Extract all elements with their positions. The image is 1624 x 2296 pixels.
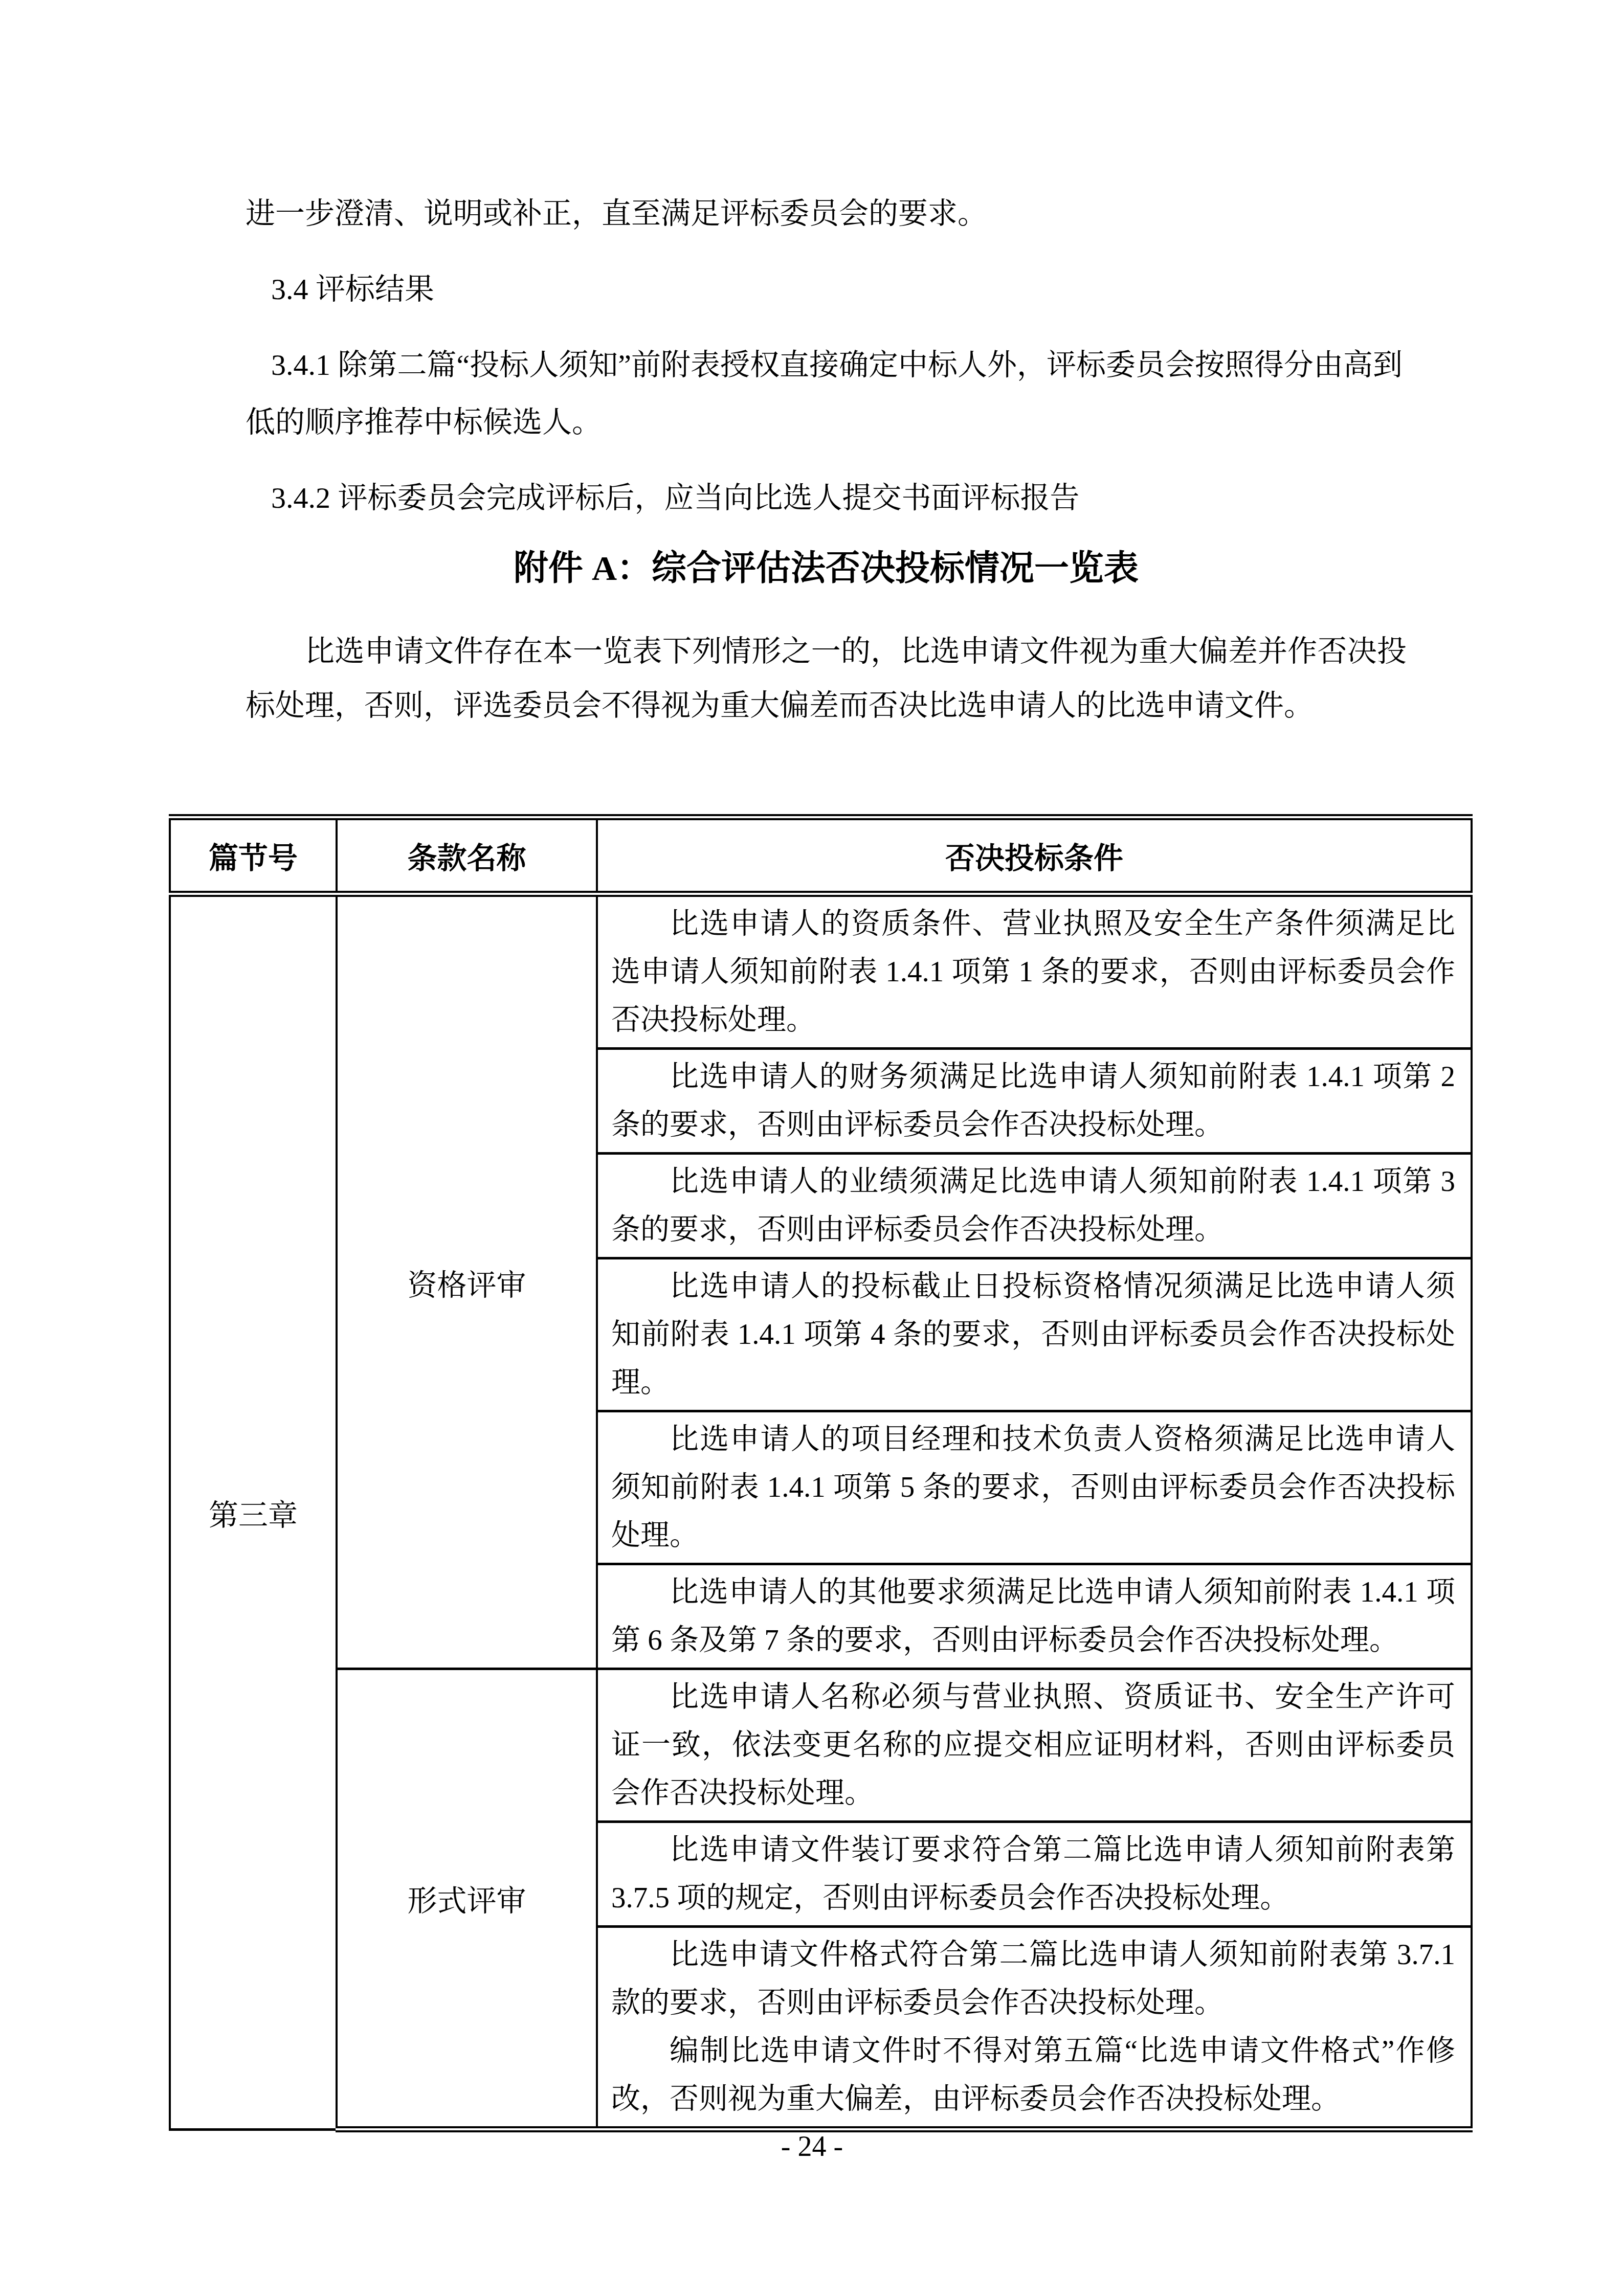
document-page: 进一步澄清、说明或补正，直至满足评标委员会的要求。 3.4 评标结果 3.4.1…: [0, 0, 1624, 2296]
paragraph-continuation: 进一步澄清、说明或补正，直至满足评标委员会的要求。: [246, 185, 1407, 242]
condition-cell-9: 比选申请文件格式符合第二篇比选申请人须知前附表第 3.7.1 款的要求，否则由评…: [597, 1927, 1472, 2130]
page-number: - 24 -: [0, 2131, 1624, 2162]
condition-cell-4: 比选申请人的投标截止日投标资格情况须满足比选申请人须知前附表 1.4.1 项第 …: [597, 1258, 1472, 1411]
attachment-intro: 比选申请文件存在本一览表下列情形之一的，比选申请文件视为重大偏差并作否决投标处理…: [246, 624, 1407, 733]
table-header-row: 篇节号 条款名称 否决投标条件: [170, 817, 1472, 894]
attachment-title: 附件 A：综合评估法否决投标情况一览表: [246, 545, 1407, 591]
body-text-block: 进一步澄清、说明或补正，直至满足评标委员会的要求。 3.4 评标结果 3.4.1…: [246, 185, 1407, 733]
header-clause-name: 条款名称: [337, 817, 597, 894]
header-chapter-number: 篇节号: [170, 817, 337, 894]
header-rejection-condition: 否决投标条件: [597, 817, 1472, 894]
condition-cell-9-paragraph-1: 比选申请文件格式符合第二篇比选申请人须知前附表第 3.7.1 款的要求，否则由评…: [611, 1931, 1455, 2027]
group-label-qualification: 资格评审: [337, 894, 597, 1669]
condition-cell-1: 比选申请人的资质条件、营业执照及安全生产条件须满足比选申请人须知前附表 1.4.…: [597, 894, 1472, 1049]
paragraph-3-4-1: 3.4.1 除第二篇“投标人须知”前附表授权直接确定中标人外，评标委员会按照得分…: [246, 336, 1407, 451]
rejection-conditions-table: 篇节号 条款名称 否决投标条件 第三章 资格评审 比选申请人的资质条件、营业执照…: [169, 814, 1473, 2132]
paragraph-3-4-2: 3.4.2 评标委员会完成评标后，应当向比选人提交书面评标报告: [246, 469, 1407, 527]
heading-3-4: 3.4 评标结果: [246, 261, 1407, 318]
condition-cell-8: 比选申请文件装订要求符合第二篇比选申请人须知前附表第 3.7.5 项的规定，否则…: [597, 1822, 1472, 1927]
group-label-format: 形式评审: [337, 1669, 597, 2130]
condition-cell-3: 比选申请人的业绩须满足比选申请人须知前附表 1.4.1 项第 3 条的要求，否则…: [597, 1154, 1472, 1258]
condition-cell-7: 比选申请人名称必须与营业执照、资质证书、安全生产许可证一致，依法变更名称的应提交…: [597, 1669, 1472, 1822]
table-row: 形式评审 比选申请人名称必须与营业执照、资质证书、安全生产许可证一致，依法变更名…: [170, 1669, 1472, 1822]
condition-cell-9-paragraph-2: 编制比选申请文件时不得对第五篇“比选申请文件格式”作修改，否则视为重大偏差，由评…: [611, 2027, 1455, 2123]
condition-cell-5: 比选申请人的项目经理和技术负责人资格须满足比选申请人须知前附表 1.4.1 项第…: [597, 1411, 1472, 1564]
table-row: 第三章 资格评审 比选申请人的资质条件、营业执照及安全生产条件须满足比选申请人须…: [170, 894, 1472, 1049]
rejection-table-container: 篇节号 条款名称 否决投标条件 第三章 资格评审 比选申请人的资质条件、营业执照…: [169, 814, 1473, 2132]
condition-cell-6: 比选申请人的其他要求须满足比选申请人须知前附表 1.4.1 项第 6 条及第 7…: [597, 1564, 1472, 1669]
chapter-cell: 第三章: [170, 894, 337, 2129]
condition-cell-2: 比选申请人的财务须满足比选申请人须知前附表 1.4.1 项第 2 条的要求，否则…: [597, 1049, 1472, 1154]
